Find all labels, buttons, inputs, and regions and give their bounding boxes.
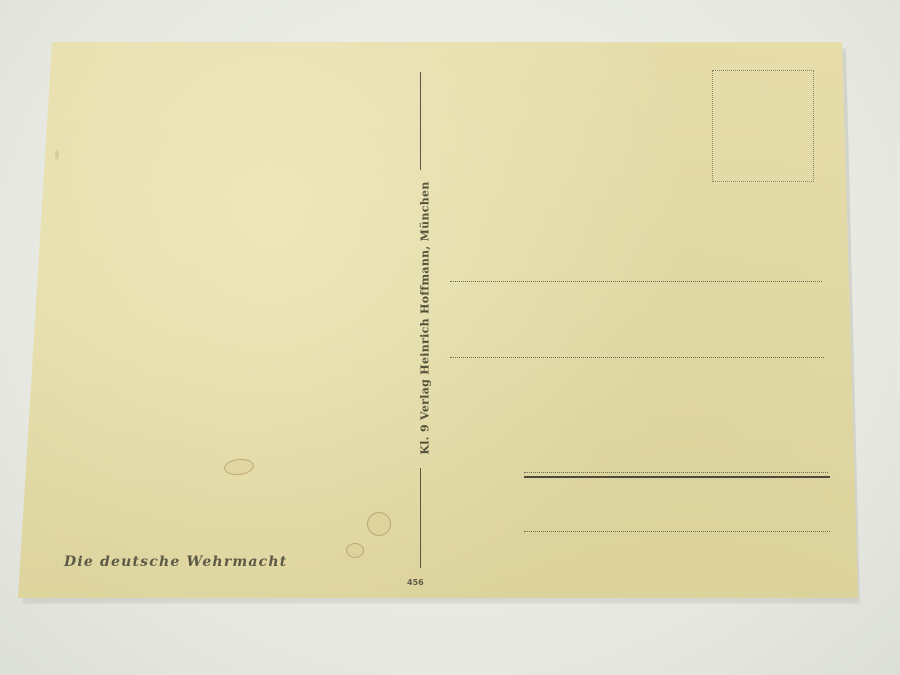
publisher-imprint: Kl. 9 Verlag Heinrich Hoffmann, München (419, 181, 432, 454)
series-title: Die deutsche Wehrmacht (64, 554, 287, 570)
address-line-3-solid (524, 476, 830, 478)
address-line-4 (524, 531, 830, 532)
address-line-1 (450, 281, 822, 282)
smudge (55, 150, 59, 160)
center-divider-top (420, 72, 421, 170)
water-stain (346, 543, 364, 558)
card-number: 456 (407, 578, 424, 587)
stamp-box (712, 70, 814, 182)
address-line-3-dotted (524, 472, 828, 473)
water-stain (367, 512, 391, 536)
address-line-2 (450, 357, 824, 358)
center-divider-bottom (420, 468, 421, 568)
